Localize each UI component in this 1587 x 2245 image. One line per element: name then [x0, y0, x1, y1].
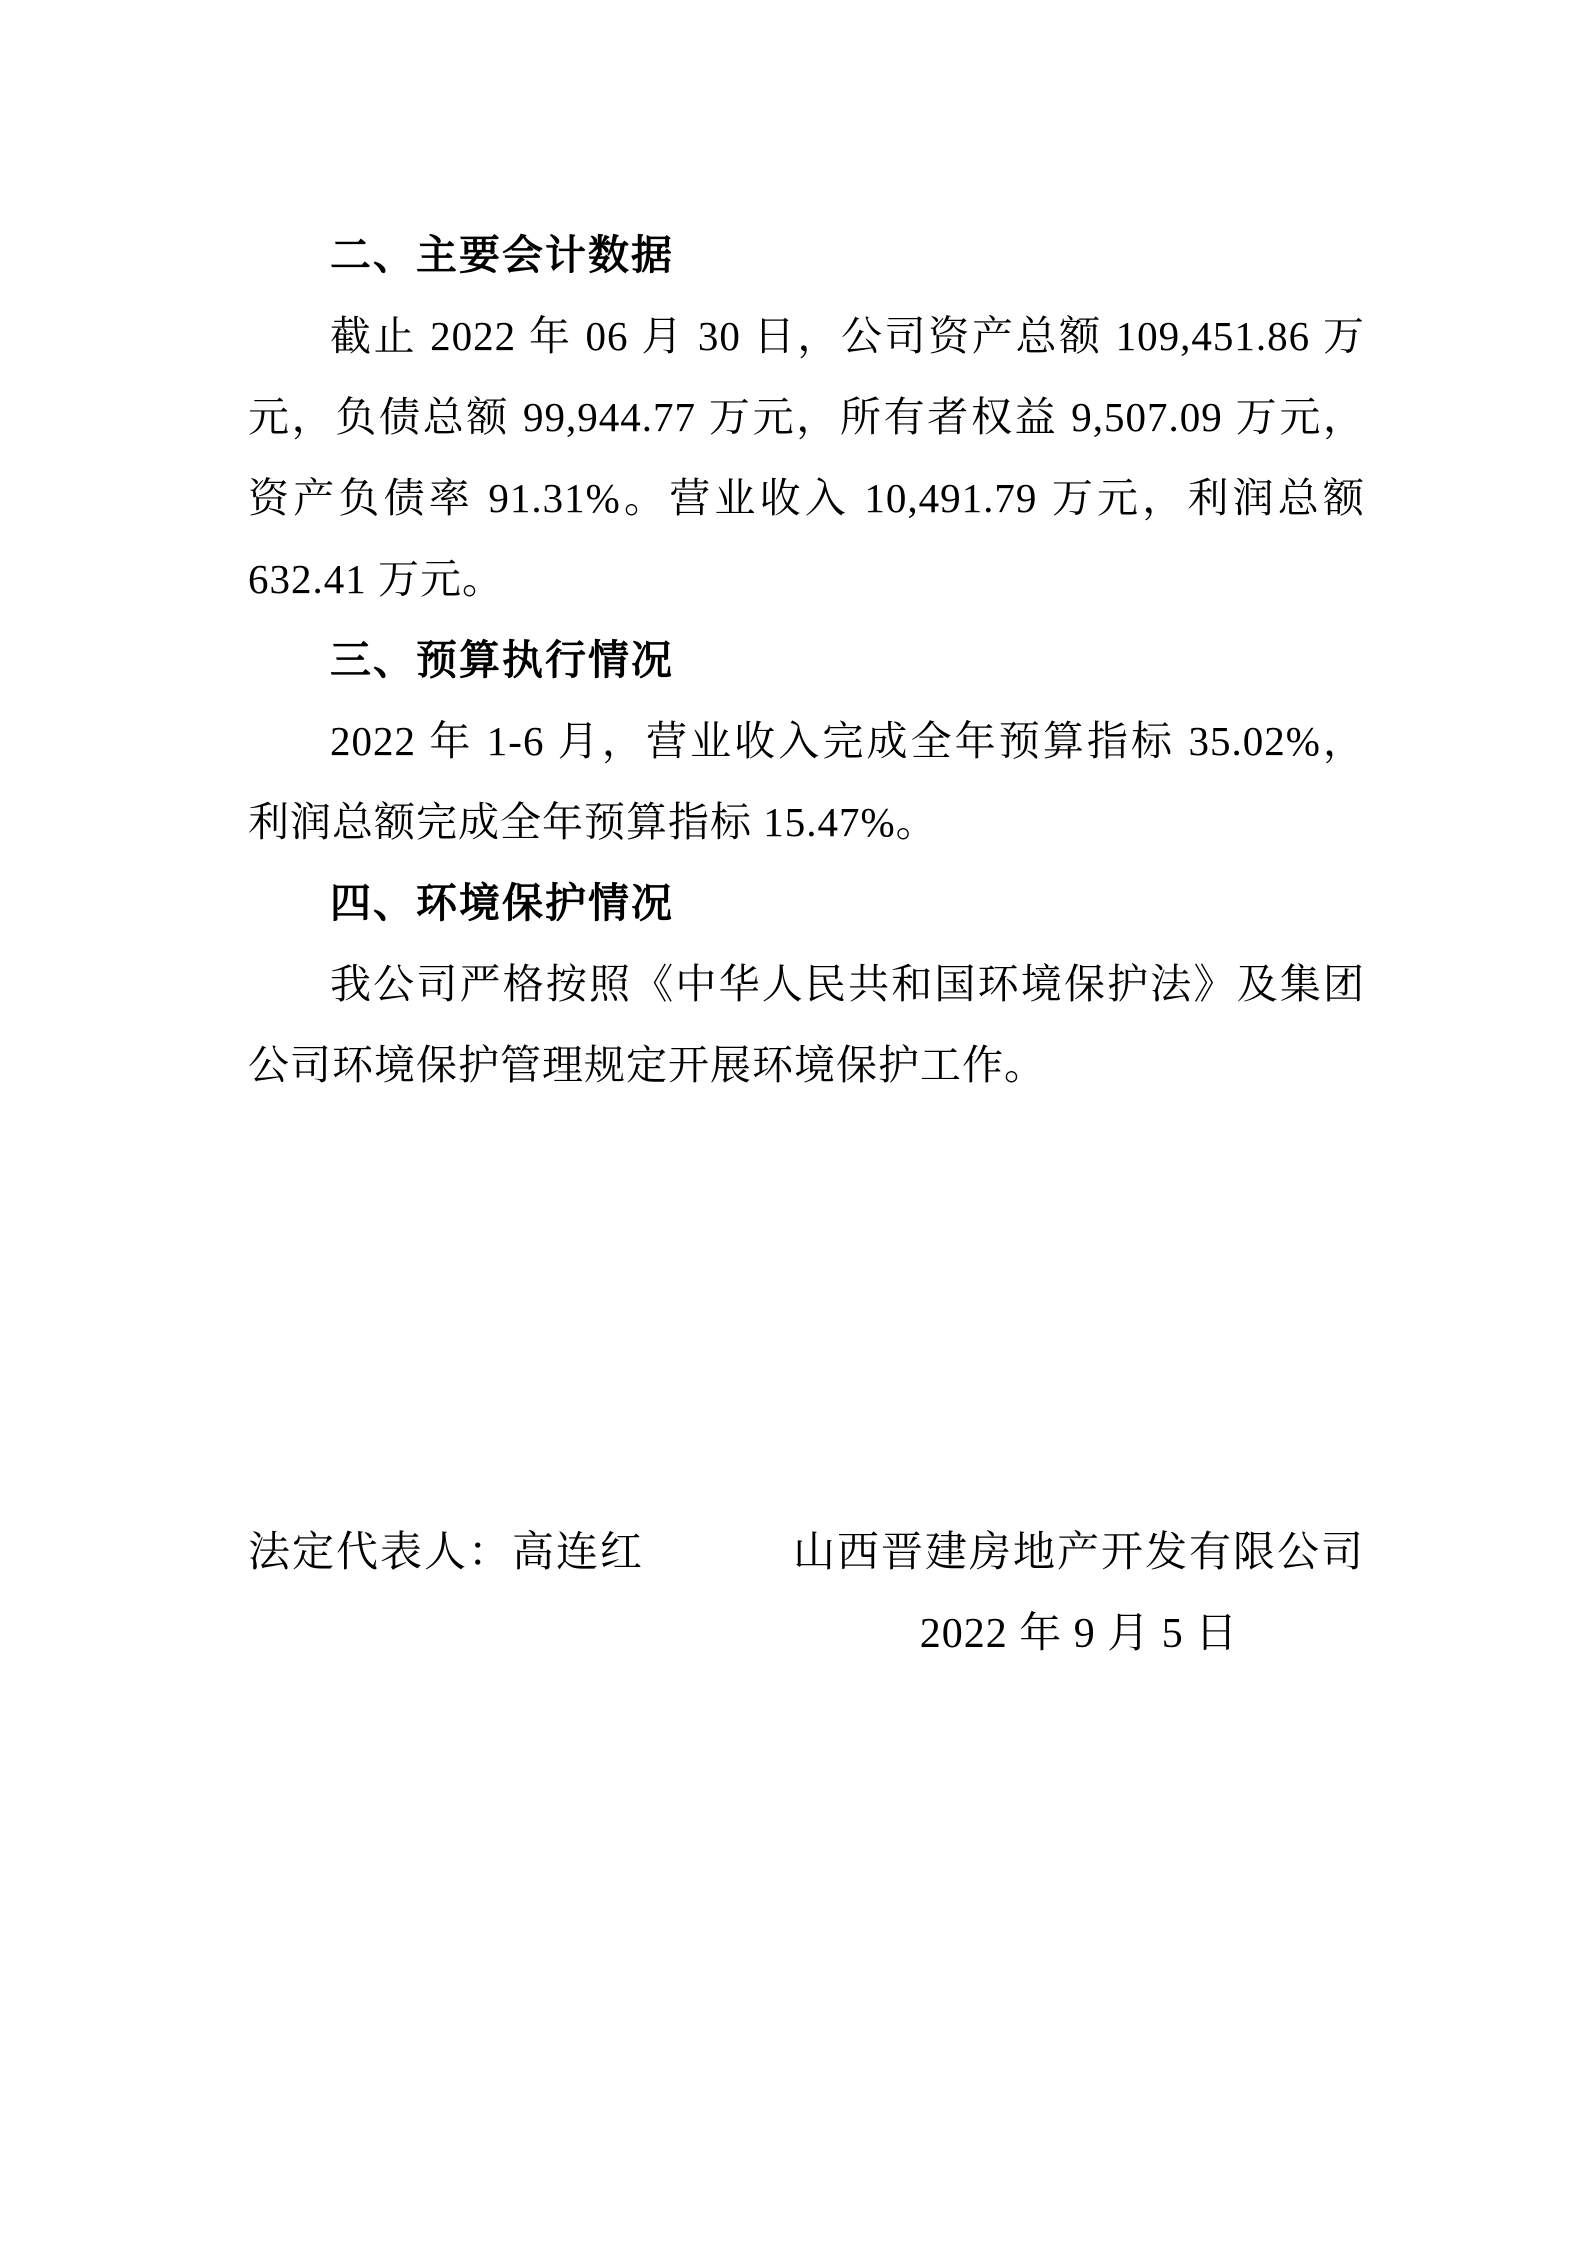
document-body: 二、主要会计数据 截止 2022 年 06 月 30 日，公司资产总额 109,… [248, 215, 1365, 1106]
report-date: 2022 年 9 月 5 日 [793, 1594, 1365, 1675]
section-heading-budget-execution: 三、预算执行情况 [248, 620, 1365, 701]
company-name: 山西晋建房地产开发有限公司 [793, 1513, 1365, 1594]
paragraph-budget-execution: 2022 年 1-6 月，营业收入完成全年预算指标 35.02%，利润总额完成全… [248, 701, 1365, 863]
paragraph-environmental-protection: 我公司严格按照《中华人民共和国环境保护法》及集团公司环境保护管理规定开展环境保护… [248, 944, 1365, 1106]
legal-representative: 法定代表人：高连红 [248, 1513, 644, 1594]
signature-company-date: 山西晋建房地产开发有限公司 2022 年 9 月 5 日 [793, 1513, 1365, 1675]
signature-block: 法定代表人：高连红 山西晋建房地产开发有限公司 2022 年 9 月 5 日 [248, 1513, 1365, 1675]
document-page: 二、主要会计数据 截止 2022 年 06 月 30 日，公司资产总额 109,… [0, 0, 1587, 2245]
section-heading-accounting-data: 二、主要会计数据 [248, 215, 1365, 296]
section-heading-environmental-protection: 四、环境保护情况 [248, 863, 1365, 944]
paragraph-accounting-data: 截止 2022 年 06 月 30 日，公司资产总额 109,451.86 万元… [248, 296, 1365, 620]
